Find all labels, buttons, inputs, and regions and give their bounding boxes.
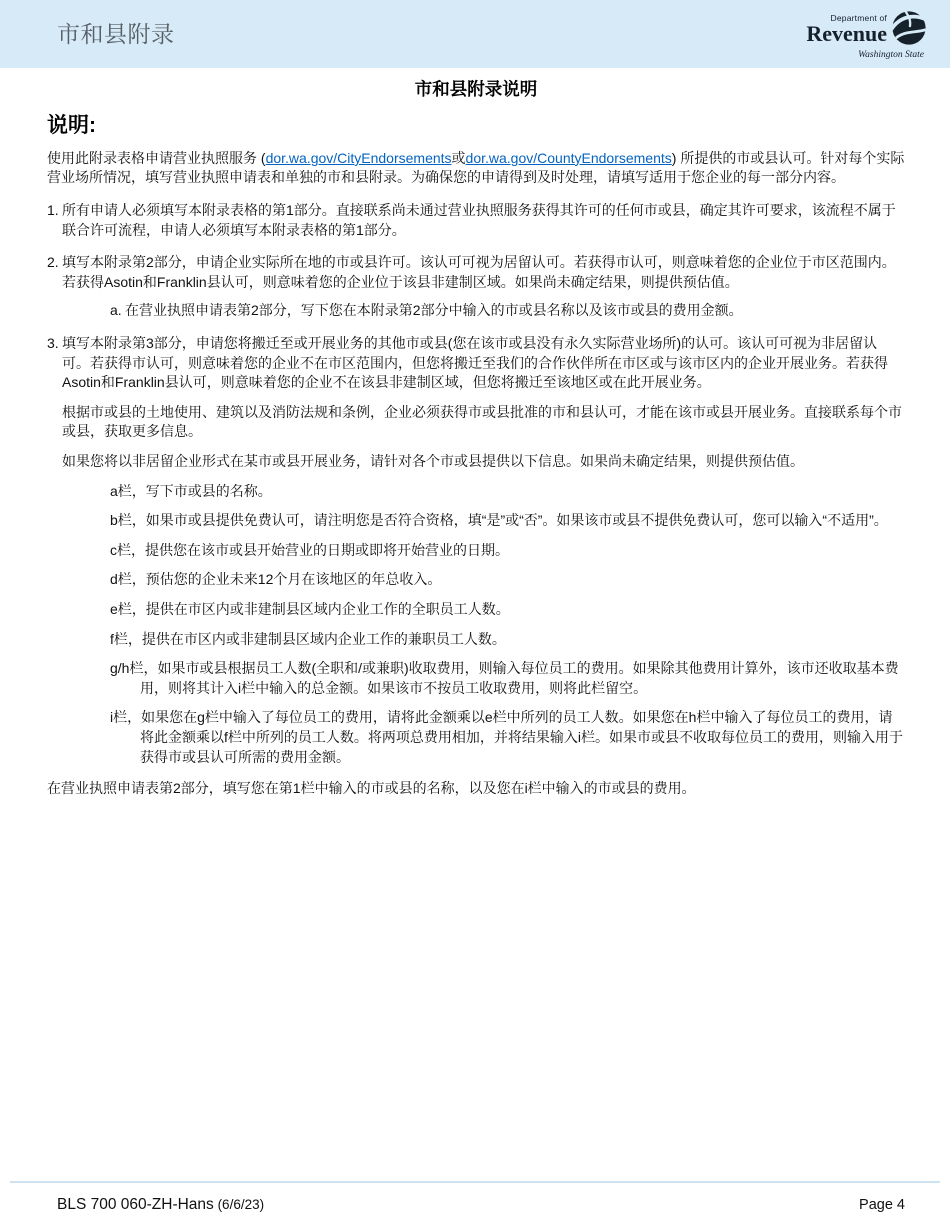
sub-item-a-text: 在营业执照申请表第2部分，写下您在本附录第2部分中输入的市或县名称以及该市或县的… — [125, 301, 743, 321]
dor-logo: Department of Revenue Washington State — [806, 7, 928, 61]
page-heading: 市和县附录说明 — [47, 77, 905, 102]
form-code: BLS 700 060-ZH-Hans — [57, 1196, 214, 1213]
sub-item-a-label: a. — [110, 301, 125, 321]
column-item-e: e栏，提供在市区内或非建制县区域内企业工作的全职员工人数。 — [110, 600, 905, 620]
numbered-item-1: 1. 所有申请人必须填写本附录表格的第1部分。直接联系尚未通过营业执照服务获得其… — [47, 201, 905, 240]
column-item-f: f栏，提供在市区内或非建制县区域内企业工作的兼职员工人数。 — [110, 630, 905, 650]
numbered-item-2: 2. 填写本附录第2部分，申请企业实际所在地的市或县许可。该认可可视为居留认可。… — [47, 253, 905, 292]
form-date: (6/6/23) — [214, 1197, 264, 1212]
item-1-text: 所有申请人必须填写本附录表格的第1部分。直接联系尚未通过营业执照服务获得其许可的… — [62, 201, 905, 240]
county-endorsements-link[interactable]: dor.wa.gov/CountyEndorsements — [466, 150, 672, 166]
instructions-heading: 说明: — [47, 111, 905, 140]
item-1-number: 1. — [47, 201, 62, 240]
intro-paragraph: 使用此附录表格申请营业执照服务 (dor.wa.gov/CityEndorsem… — [47, 149, 905, 188]
closing-paragraph: 在营业执照申请表第2部分，填写您在第1栏中输入的市或县的名称，以及您在i栏中输入… — [47, 779, 905, 799]
form-number: BLS 700 060-ZH-Hans (6/6/23) — [57, 1194, 264, 1216]
sub-item-a: a. 在营业执照申请表第2部分，写下您在本附录第2部分中输入的市或县名称以及该市… — [110, 301, 905, 321]
column-item-c: c栏，提供您在该市或县开始营业的日期或即将开始营业的日期。 — [110, 541, 905, 561]
document-title: 市和县附录 — [57, 18, 175, 50]
document-body: 市和县附录说明 说明: 使用此附录表格申请营业执照服务 (dor.wa.gov/… — [0, 77, 950, 799]
city-endorsements-link[interactable]: dor.wa.gov/CityEndorsements — [266, 150, 452, 166]
revenue-swirl-icon — [890, 9, 928, 49]
intro-text-mid: 或 — [452, 150, 466, 166]
page-number: Page 4 — [859, 1195, 905, 1215]
paragraph-land-use: 根据市或县的土地使用、建筑以及消防法规和条例，企业必须获得市或县批准的市和县认可… — [62, 403, 905, 442]
page-footer: BLS 700 060-ZH-Hans (6/6/23) Page 4 — [10, 1181, 940, 1216]
logo-revenue-text: Revenue — [806, 23, 887, 45]
column-item-i: i栏，如果您在g栏中输入了每位员工的费用，请将此金额乘以e栏中所列的员工人数。如… — [110, 708, 905, 767]
item-2-text: 填写本附录第2部分，申请企业实际所在地的市或县许可。该认可可视为居留认可。若获得… — [62, 253, 905, 292]
paragraph-nonresident: 如果您将以非居留企业形式在某市或县开展业务，请针对各个市或县提供以下信息。如果尚… — [62, 452, 905, 472]
column-item-d: d栏，预估您的企业未来12个月在该地区的年总收入。 — [110, 570, 905, 590]
column-item-gh: g/h栏，如果市或县根据员工人数(全职和/或兼职)收取费用，则输入每位员工的费用… — [110, 659, 905, 698]
item-3-number: 3. — [47, 334, 62, 393]
numbered-item-3: 3. 填写本附录第3部分，申请您将搬迁至或开展业务的其他市或县(您在该市或县没有… — [47, 334, 905, 393]
column-item-a: a栏，写下市或县的名称。 — [110, 482, 905, 502]
page-header: 市和县附录 Department of Revenue Washington S… — [0, 0, 950, 68]
column-item-b: b栏，如果市或县提供免费认可，请注明您是否符合资格，填“是”或“否”。如果该市或… — [110, 511, 905, 531]
item-2-number: 2. — [47, 253, 62, 292]
intro-text-pre: 使用此附录表格申请营业执照服务 ( — [47, 150, 266, 166]
item-3-text: 填写本附录第3部分，申请您将搬迁至或开展业务的其他市或县(您在该市或县没有永久实… — [62, 334, 905, 393]
logo-washington-state-text: Washington State — [806, 51, 928, 61]
